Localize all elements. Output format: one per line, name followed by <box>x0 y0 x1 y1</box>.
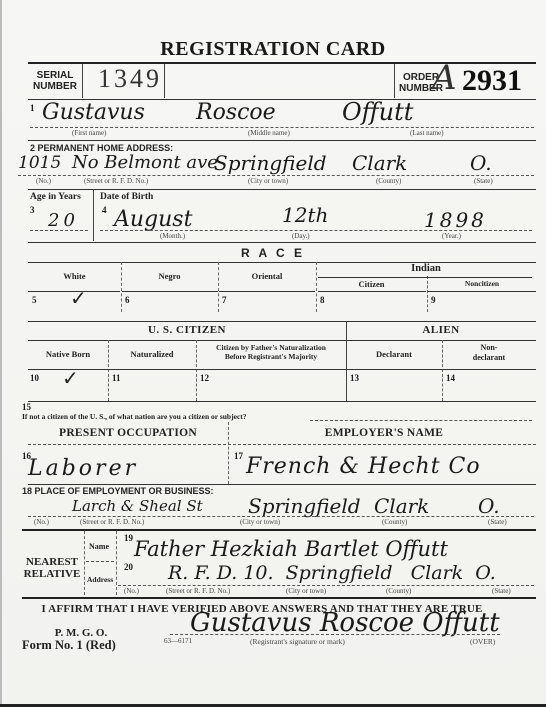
divider <box>121 262 122 312</box>
caption: (County) <box>386 587 411 595</box>
home-address-city: Springfield <box>214 151 327 175</box>
native-born-label: Native Born <box>28 349 108 359</box>
caption: (Street or R. F. D. No.) <box>80 518 144 526</box>
divider <box>318 291 426 292</box>
age-value: 20 <box>48 210 79 231</box>
divider <box>28 321 536 322</box>
registration-card: REGISTRATION CARD SERIAL NUMBER 1349 ORD… <box>0 0 546 707</box>
race-negro-label: Negro <box>121 271 218 281</box>
declarant-label: Declarant <box>346 349 442 359</box>
serial-number-value: 1349 <box>98 64 162 94</box>
caption: (City or town) <box>248 177 288 185</box>
divider <box>122 291 218 292</box>
occupation-value: Laborer <box>28 456 138 481</box>
divider <box>28 484 536 485</box>
divider <box>82 64 83 98</box>
field-number: 19 <box>124 533 133 543</box>
middle-name-value: Roscoe <box>196 100 276 125</box>
caption: (No.) <box>36 177 51 185</box>
divider <box>30 127 534 128</box>
employer-header: EMPLOYER'S NAME <box>232 427 536 439</box>
first-name-value: Gustavus <box>42 100 145 125</box>
race-white-checkmark[interactable]: ✓ <box>70 286 87 310</box>
divider <box>28 401 536 402</box>
field-number: 12 <box>200 373 209 383</box>
card-title: REGISTRATION CARD <box>0 38 546 61</box>
divider <box>228 422 229 484</box>
employment-street: Larch & Sheal St <box>72 497 203 515</box>
race-oriental-label: Oriental <box>218 271 316 281</box>
caption: (Month.) <box>160 232 185 240</box>
caption: (First name) <box>72 129 106 137</box>
divider <box>28 189 536 190</box>
divider <box>28 242 536 243</box>
caption: (City or town) <box>240 518 280 526</box>
place-of-employment-label: 18 PLACE OF EMPLOYMENT OR BUSINESS: <box>22 486 214 496</box>
serial-number-label: SERIAL NUMBER <box>30 70 80 92</box>
birth-month-value: August <box>114 207 192 232</box>
race-indian-noncitizen-label: Noncitizen <box>427 279 537 288</box>
field-number: 8 <box>320 295 325 305</box>
divider <box>30 230 88 231</box>
employer-value: French & Hecht Co <box>246 454 481 479</box>
caption: (No.) <box>34 518 49 526</box>
label-line: Citizen by Father's Naturalization <box>196 343 346 352</box>
race-white-label: White <box>28 271 121 281</box>
order-number-value: 2931 <box>462 64 522 98</box>
field-number: 13 <box>350 373 359 383</box>
birth-day-value: 12th <box>282 203 328 227</box>
field-number: 7 <box>222 295 227 305</box>
label-line: NEAREST <box>22 556 82 568</box>
divider <box>28 140 536 141</box>
divider <box>164 64 165 98</box>
caption: (Year.) <box>442 232 461 240</box>
divider <box>219 291 315 292</box>
divider <box>318 277 532 278</box>
divider <box>22 597 536 599</box>
employment-city: Springfield <box>248 494 361 518</box>
field-number: 3 <box>30 205 35 215</box>
form-number-label: Form No. 1 (Red) <box>22 638 116 653</box>
divider <box>28 340 536 341</box>
divider <box>18 175 534 176</box>
birth-year-value: 1898 <box>424 208 487 232</box>
caption: (City or town) <box>286 587 326 595</box>
field-number: 11 <box>112 373 121 383</box>
dob-label: Date of Birth <box>100 192 153 202</box>
caption: (Last name) <box>410 129 444 137</box>
serial-label-line1: SERIAL <box>30 70 80 81</box>
divider <box>394 64 395 98</box>
field-number: 10 <box>30 373 39 383</box>
field-number: 14 <box>446 373 455 383</box>
relative-address-value: R. F. D. 10. Springfield Clark O. <box>168 562 496 584</box>
caption: (No.) <box>124 587 139 595</box>
field-number: 4 <box>102 205 107 215</box>
field-number: 5 <box>32 295 37 305</box>
home-address-state: O. <box>470 151 492 175</box>
employment-county: Clark <box>374 494 429 518</box>
caption: (Street or R. F. D. No.) <box>166 587 230 595</box>
field-number: 1 <box>30 103 35 113</box>
field-number: 15 <box>22 402 31 412</box>
caption: (Day.) <box>292 232 310 240</box>
caption: (County) <box>376 177 401 185</box>
alien-header: ALIEN <box>346 324 536 336</box>
home-address-street: No Belmont ave <box>72 152 218 173</box>
signature-caption: (Registrant's signature or mark) <box>250 637 345 646</box>
divider <box>218 262 219 312</box>
field-number: 20 <box>124 562 133 572</box>
nation-question: If not a citizen of the U. S., of what n… <box>22 412 247 421</box>
caption: (State) <box>492 587 511 595</box>
divider <box>428 291 536 292</box>
label-line: Before Registrant's Majority <box>196 352 346 361</box>
divider <box>22 529 536 531</box>
divider <box>28 369 536 370</box>
employment-state: O. <box>478 494 500 518</box>
label-line: RELATIVE <box>22 568 82 580</box>
citizen-by-father-label: Citizen by Father's Naturalization Befor… <box>196 343 346 361</box>
card-edge <box>0 0 2 707</box>
form-code: 63—6171 <box>164 637 192 645</box>
serial-label-line2: NUMBER <box>30 81 80 92</box>
field-number: 17 <box>234 451 243 461</box>
divider <box>84 531 85 595</box>
occupation-header: PRESENT OCCUPATION <box>28 427 228 439</box>
relative-address-label: Address <box>87 575 113 584</box>
caption: (State) <box>474 177 493 185</box>
caption: (Street or R. F. D. No.) <box>84 177 148 185</box>
divider <box>86 561 114 562</box>
naturalized-label: Naturalized <box>108 349 196 359</box>
label-line: declarant <box>442 353 536 363</box>
caption: (State) <box>488 518 507 526</box>
field-number: 9 <box>431 295 436 305</box>
divider <box>100 230 532 231</box>
last-name-value: Offutt <box>342 98 413 126</box>
non-declarant-label: Non- declarant <box>442 343 536 362</box>
divider <box>170 634 500 635</box>
order-prefix-mark: A <box>432 58 457 98</box>
divider <box>116 531 117 595</box>
nearest-relative-label: NEAREST RELATIVE <box>22 556 82 580</box>
field-number: 6 <box>125 295 130 305</box>
divider <box>28 444 536 445</box>
race-indian-citizen-label: Citizen <box>316 279 427 289</box>
divider <box>93 189 94 241</box>
label-line: Non- <box>442 343 536 353</box>
divider <box>310 420 532 421</box>
caption: (Middle name) <box>248 129 290 137</box>
home-address-county: Clark <box>352 151 407 175</box>
divider <box>28 516 534 517</box>
relative-name-value: Father Hezkiah Bartlet Offutt <box>134 537 448 561</box>
over-caption: (OVER) <box>470 637 495 646</box>
indian-header: Indian <box>316 263 536 274</box>
native-born-checkmark[interactable]: ✓ <box>62 366 79 390</box>
caption: (County) <box>382 518 407 526</box>
race-header: R A C E <box>0 246 546 260</box>
relative-name-label: Name <box>89 542 109 551</box>
us-citizen-header: U. S. CITIZEN <box>28 324 346 336</box>
age-label: Age in Years <box>30 192 81 202</box>
home-address-no: 1015 <box>18 153 61 173</box>
divider <box>346 321 347 401</box>
divider <box>118 585 534 586</box>
